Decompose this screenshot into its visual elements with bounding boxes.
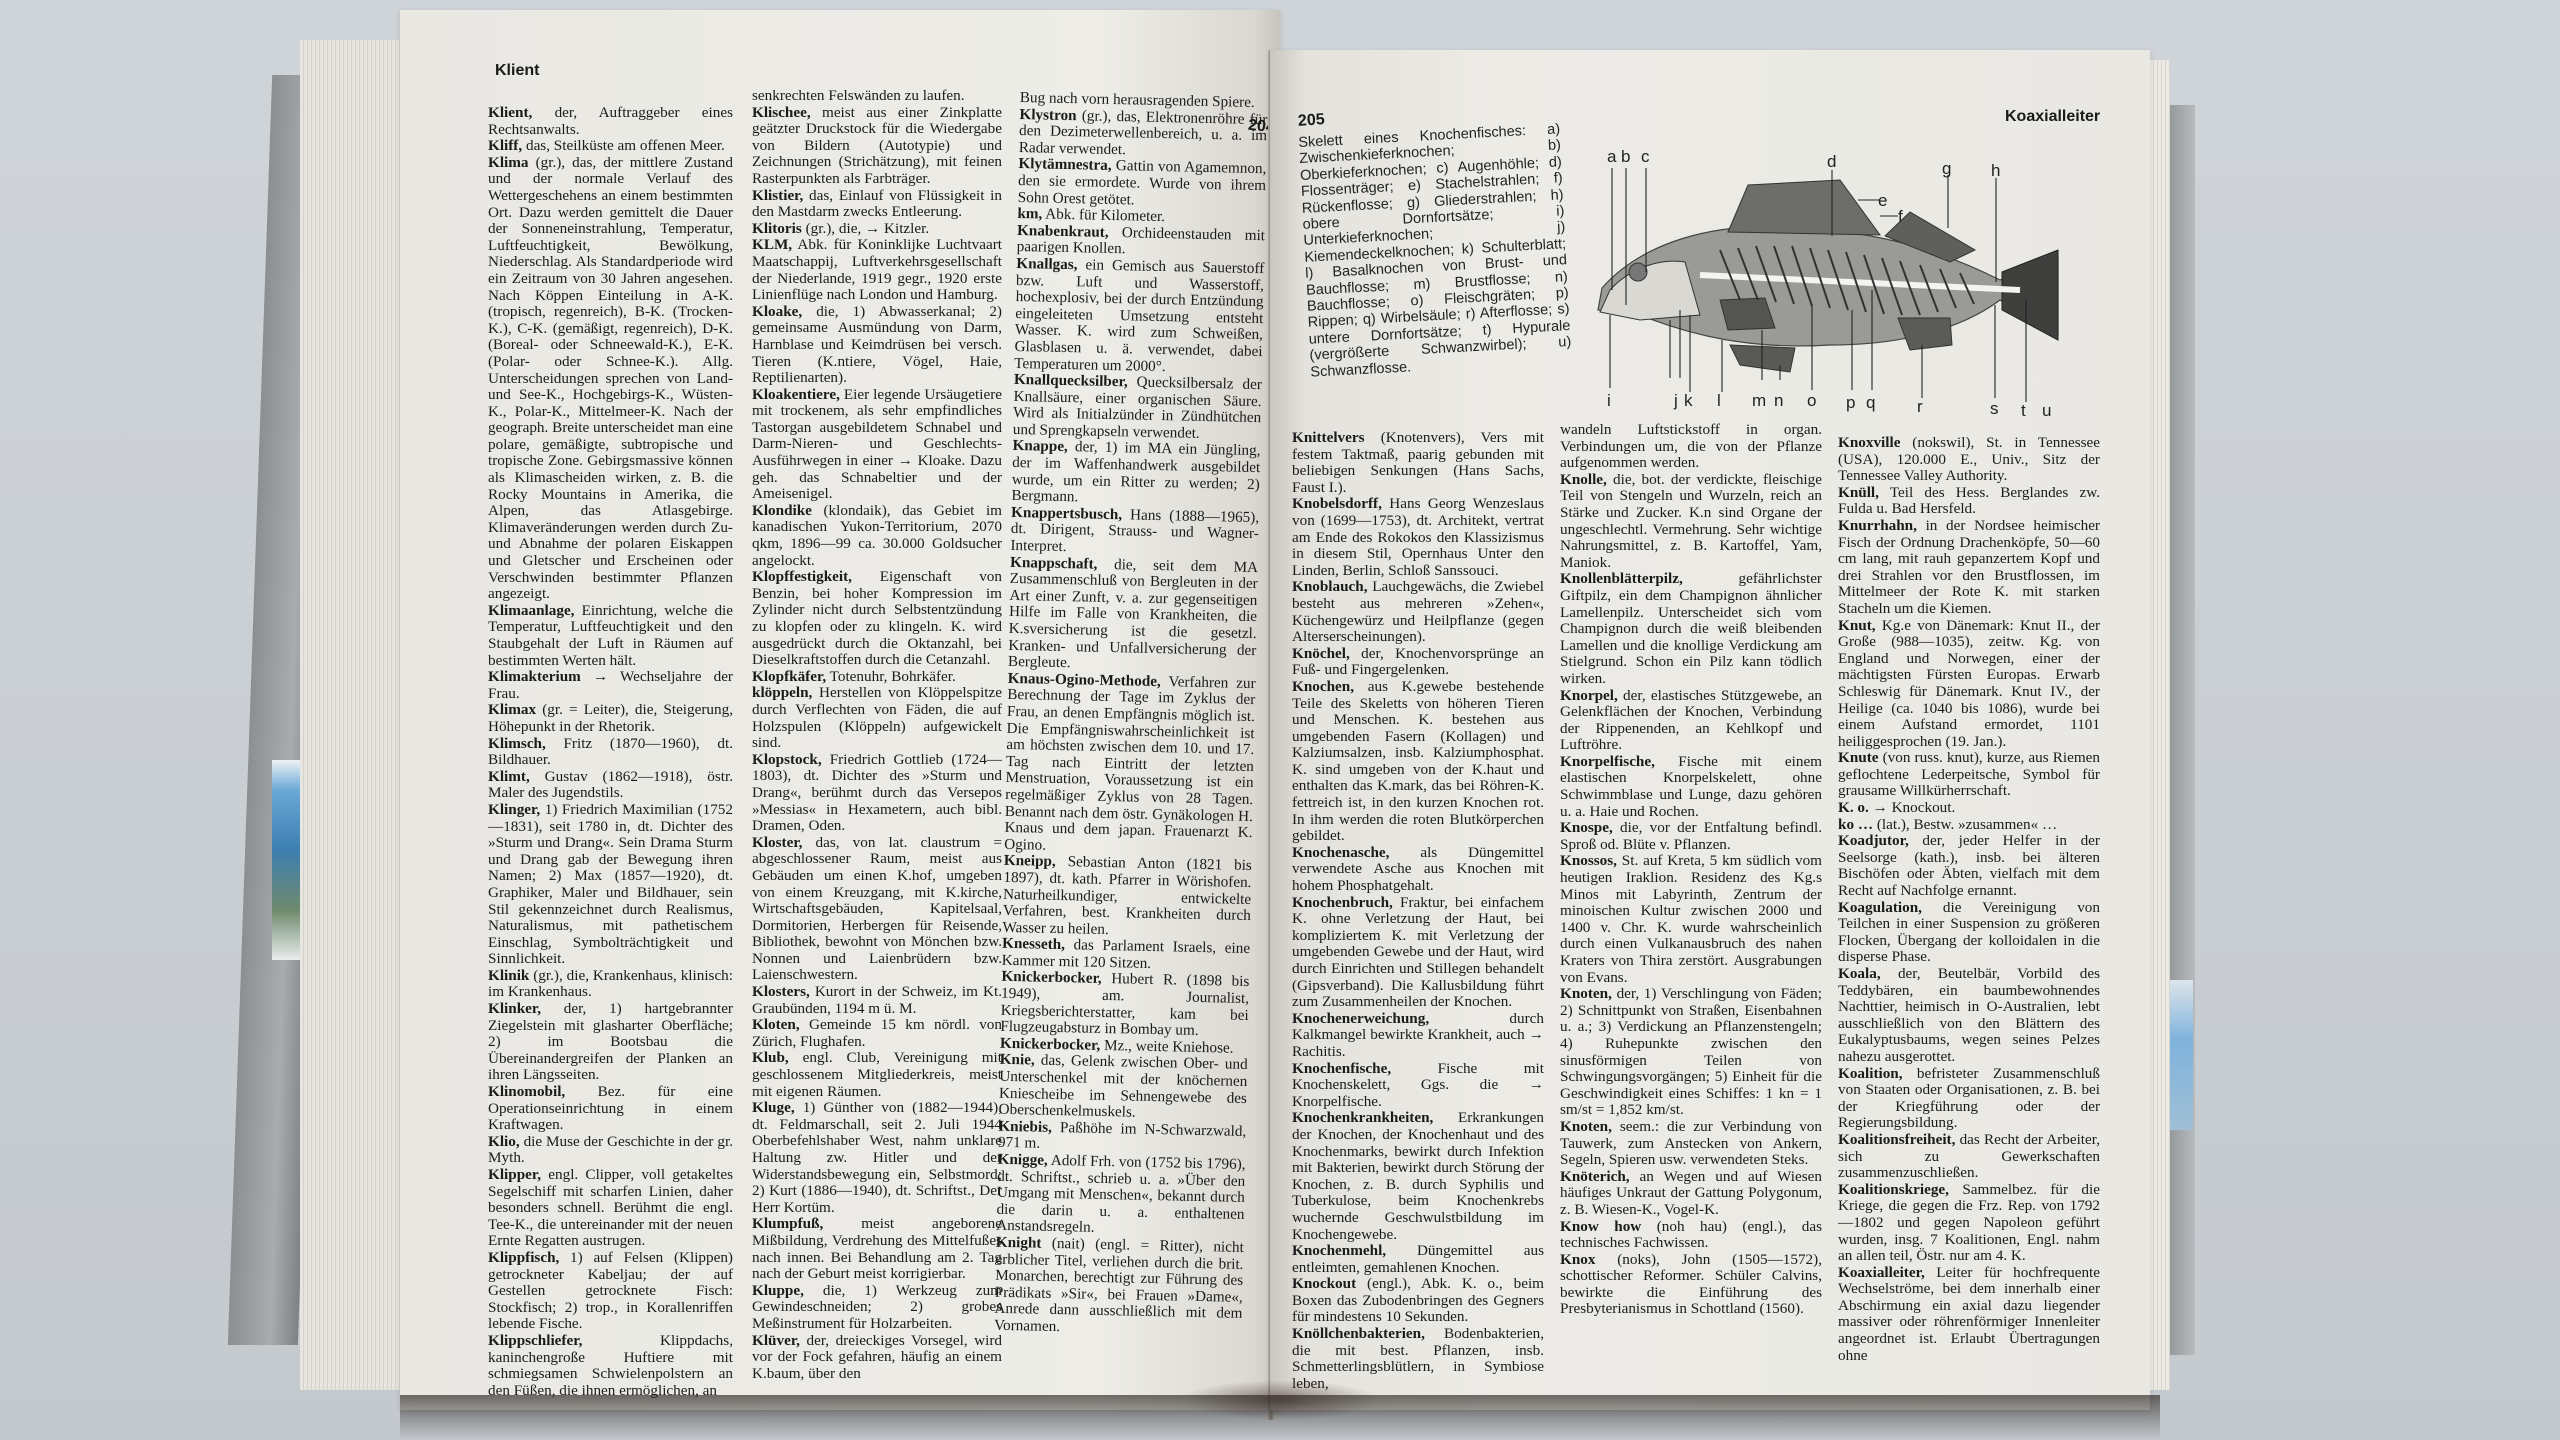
entry-definition: die, seit dem MA Zusammenschluß von Berg… bbox=[1008, 555, 1258, 671]
svg-text:i: i bbox=[1607, 391, 1611, 410]
dictionary-entry: Knochenkrankheiten, Erkrankungen der Kno… bbox=[1292, 1110, 1544, 1243]
entry-definition: Kg.e von Dänemark: Knut II., der Große (… bbox=[1838, 617, 2100, 750]
entry-headword: Knie, bbox=[1000, 1051, 1035, 1069]
left-column-1: Klient, der, Auftraggeber eines Rechtsan… bbox=[488, 105, 733, 1399]
entry-headword: Knoblauch, bbox=[1292, 578, 1368, 595]
dictionary-entry: Knut, Kg.e von Dänemark: Knut II., der G… bbox=[1838, 618, 2100, 751]
entry-headword: Knolle, bbox=[1560, 471, 1607, 488]
dictionary-entry: Klosters, Kurort in der Schweiz, im Kt. … bbox=[752, 984, 1002, 1017]
svg-text:c: c bbox=[1641, 147, 1650, 166]
entry-headword: Kniebis, bbox=[998, 1118, 1052, 1136]
entry-definition: (noks), John (1505—1572), schottischer R… bbox=[1560, 1251, 1822, 1318]
dictionary-entry: Knickerbocker, Hubert R. (1898 bis 1949)… bbox=[1000, 969, 1249, 1041]
entry-headword: Kloten, bbox=[752, 1016, 800, 1033]
entry-headword: Knurrhahn, bbox=[1838, 517, 1917, 534]
entry-definition: das, von lat. claustrum = abgeschlossene… bbox=[752, 834, 1002, 984]
dictionary-entry: Klimsch, Fritz (1870—1960), dt. Bildhaue… bbox=[488, 736, 733, 769]
entry-definition: Eier legende Ursäugetiere mit trockenem,… bbox=[752, 386, 1002, 503]
entry-headword: Klüver, bbox=[752, 1332, 800, 1349]
svg-text:h: h bbox=[1991, 161, 2000, 180]
dictionary-entry: Klopffestigkeit, Eigenschaft von Benzin,… bbox=[752, 569, 1002, 669]
entry-headword: Knochenbruch, bbox=[1292, 894, 1393, 911]
dictionary-entry: Klimakterium → Wechseljahre der Frau. bbox=[488, 669, 733, 702]
entry-definition: senkrechten Felswänden zu laufen. bbox=[752, 87, 965, 104]
dictionary-entry: Klimax (gr. = Leiter), die, Steigerung, … bbox=[488, 702, 733, 735]
fish-body bbox=[1598, 180, 2058, 372]
entry-definition: Fraktur, bei einfachem K. ohne Verletzun… bbox=[1292, 894, 1544, 1011]
entry-headword: Knappe, bbox=[1012, 437, 1068, 455]
dictionary-entry: Klimaanlage, Einrichtung, welche die Tem… bbox=[488, 603, 733, 669]
dictionary-entry: Klystron (gr.), das, Elektronenröhre für… bbox=[1019, 107, 1268, 162]
dictionary-entry: Klüver, der, dreieckiges Vorsegel, wird … bbox=[752, 1333, 1002, 1383]
svg-text:o: o bbox=[1807, 391, 1816, 410]
entry-headword: Knöterich, bbox=[1560, 1168, 1630, 1185]
svg-text:s: s bbox=[1990, 399, 1999, 418]
entry-headword: Klinomobil, bbox=[488, 1083, 565, 1100]
entry-headword: Klio, bbox=[488, 1133, 520, 1150]
entry-headword: Knüll, bbox=[1838, 484, 1879, 501]
dictionary-entry: Knigge, Adolf Frh. von (1752 bis 1796), … bbox=[996, 1152, 1246, 1240]
dictionary-entry: Klinik (gr.), die, Krankenhaus, klinisch… bbox=[488, 968, 733, 1001]
dictionary-entry: Knappe, der, 1) im MA ein Jüngling, der … bbox=[1011, 438, 1260, 510]
svg-text:a: a bbox=[1607, 147, 1617, 166]
entry-headword: Kluge, bbox=[752, 1099, 795, 1116]
dictionary-entry: Koagulation, die Vereinigung von Teilche… bbox=[1838, 900, 2100, 966]
entry-headword: K. o. bbox=[1838, 799, 1869, 816]
dictionary-entry: Knoxville (nokswil), St. in Tennessee (U… bbox=[1838, 435, 2100, 485]
dictionary-entry: Knollenblätterpilz, gefährlichster Giftp… bbox=[1560, 571, 1822, 687]
entry-headword: Knoxville bbox=[1838, 434, 1900, 451]
entry-headword: Koagulation, bbox=[1838, 899, 1922, 916]
dictionary-entry: Knorpelfische, Fische mit einem elastisc… bbox=[1560, 754, 1822, 820]
entry-headword: Klystron bbox=[1019, 106, 1076, 124]
dictionary-entry: Knospe, die, vor der Entfaltung befindl.… bbox=[1560, 820, 1822, 853]
right-column-1: Knittelvers (Knotenvers), Vers mit feste… bbox=[1292, 430, 1544, 1392]
entry-definition: die Muse der Geschichte in der gr. Myth. bbox=[488, 1133, 733, 1167]
entry-headword: Knigge, bbox=[997, 1151, 1048, 1169]
dictionary-entry: Klitoris (gr.), die, → Kitzler. bbox=[752, 221, 1002, 238]
svg-text:u: u bbox=[2042, 401, 2051, 420]
dictionary-entry: Knochenmehl, Düngemittel aus entleimten,… bbox=[1292, 1243, 1544, 1276]
entry-headword: ko … bbox=[1838, 816, 1873, 833]
dictionary-entry: Klischee, meist aus einer Zinkplatte geä… bbox=[752, 105, 1002, 188]
entry-headword: Klistier, bbox=[752, 187, 803, 204]
dictionary-entry: Klondike (klondaik), das Gebiet im kanad… bbox=[752, 503, 1002, 569]
dictionary-entry: Klient, der, Auftraggeber eines Rechtsan… bbox=[488, 105, 733, 138]
dictionary-entry: Knute (von russ. knut), kurze, aus Rieme… bbox=[1838, 750, 2100, 800]
dictionary-entry: Knaus-Ogino-Methode, Verfahren zur Berec… bbox=[1004, 671, 1256, 859]
entry-headword: Klub, bbox=[752, 1049, 789, 1066]
dictionary-entry: Knöterich, an Wegen und auf Wiesen häufi… bbox=[1560, 1169, 1822, 1219]
fish-skeleton-figure: ab cd ef gh ij kl mn op qr st u bbox=[1580, 140, 2060, 420]
dictionary-entry: Kluppe, die, 1) Werkzeug zum Gewindeschn… bbox=[752, 1283, 1002, 1333]
left-column-2: senkrechten Felswänden zu laufen.Klische… bbox=[752, 88, 1002, 1382]
dictionary-entry: ko … (lat.), Bestw. »zusammen« … bbox=[1838, 817, 2100, 834]
entry-headword: KLM, bbox=[752, 236, 792, 253]
entry-headword: Knossos, bbox=[1560, 852, 1617, 869]
dictionary-entry: Kloten, Gemeinde 15 km nördl. von Zürich… bbox=[752, 1017, 1002, 1050]
dictionary-entry: Kluge, 1) Günther von (1882—1944), dt. F… bbox=[752, 1100, 1002, 1216]
entry-headword: Knochenmehl, bbox=[1292, 1242, 1386, 1259]
dictionary-entry: Knossos, St. auf Kreta, 5 km südlich vom… bbox=[1560, 853, 1822, 986]
entry-headword: Kloakentiere, bbox=[752, 386, 840, 403]
dictionary-entry: Kneipp, Sebastian Anton (1821 bis 1897),… bbox=[1002, 853, 1252, 941]
figure-labels-bottom: ij kl mn op qr st u bbox=[1607, 391, 2051, 420]
entry-headword: Kneipp, bbox=[1004, 852, 1056, 870]
dictionary-entry: Klumpfuß, meist angeborene Mißbildung, V… bbox=[752, 1216, 1002, 1282]
left-page: Klient 204 Klient, der, Auftraggeber ein… bbox=[400, 10, 1280, 1410]
dictionary-entry: Knight (nait) (engl. = Ritter), nicht er… bbox=[994, 1235, 1244, 1340]
entry-headword: Klimax bbox=[488, 701, 536, 718]
dictionary-entry: Koaxialleiter, Leiter für hochfrequente … bbox=[1838, 1265, 2100, 1365]
dictionary-entry: Klippschliefer, Klippdachs, kaninchengro… bbox=[488, 1333, 733, 1399]
right-column-3: Knoxville (nokswil), St. in Tennessee (U… bbox=[1838, 435, 2100, 1364]
entry-definition: (gr.), das, der mittlere Zustand und der… bbox=[488, 154, 733, 602]
svg-text:t: t bbox=[2021, 401, 2026, 420]
dictionary-entry: KLM, Abk. für Koninklijke Luchtvaart Maa… bbox=[752, 237, 1002, 303]
entry-definition: der, 1) Verschlingung von Fäden; 2) Schn… bbox=[1560, 985, 1822, 1118]
entry-definition: → Knockout. bbox=[1869, 799, 1955, 816]
dictionary-entry: Kloake, die, 1) Abwasserkanal; 2) gemein… bbox=[752, 304, 1002, 387]
dictionary-entry: Knochenfische, Fische mit Knochenskelett… bbox=[1292, 1061, 1544, 1111]
left-column-3: Bug nach vorn herausragenden Spiere.Klys… bbox=[994, 90, 1268, 1339]
entry-definition: engl. Club, Vereinigung mit geschlossene… bbox=[752, 1049, 1002, 1099]
entry-headword: Knittelvers bbox=[1292, 429, 1365, 446]
svg-text:g: g bbox=[1942, 159, 1951, 178]
dictionary-entry: Koalitionsfreiheit, das Recht der Arbeit… bbox=[1838, 1132, 2100, 1182]
dictionary-entry: Koadjutor, der, jeder Helfer in der Seel… bbox=[1838, 833, 2100, 899]
entry-headword: Koalitionskriege, bbox=[1838, 1181, 1949, 1198]
dictionary-entry: wandeln Luftstickstoff in organ. Verbind… bbox=[1560, 422, 1822, 472]
dictionary-entry: Klippfisch, 1) auf Felsen (Klippen) getr… bbox=[488, 1250, 733, 1333]
dictionary-entry: Knurrhahn, in der Nordsee heimischer Fis… bbox=[1838, 518, 2100, 618]
dictionary-entry: Klopfkäfer, Totenuhr, Bohrkäfer. bbox=[752, 669, 1002, 686]
entry-headword: Knight bbox=[996, 1234, 1042, 1252]
entry-headword: Klinger, bbox=[488, 801, 540, 818]
entry-definition: wandeln Luftstickstoff in organ. Verbind… bbox=[1560, 421, 1822, 471]
dictionary-entry: Knochen, aus K.gewebe bestehende Teile d… bbox=[1292, 679, 1544, 845]
entry-headword: Kluppe, bbox=[752, 1282, 804, 1299]
dictionary-entry: Knoten, seem.: die zur Verbindung von Ta… bbox=[1560, 1119, 1822, 1169]
entry-headword: Knoten, bbox=[1560, 1118, 1612, 1135]
entry-headword: Koalition, bbox=[1838, 1065, 1903, 1082]
entry-headword: Knöchel, bbox=[1292, 645, 1350, 662]
running-head-right: Koaxialleiter bbox=[2005, 108, 2100, 126]
entry-headword: Kloake, bbox=[752, 303, 802, 320]
entry-definition: aus K.gewebe bestehende Teile des Skelet… bbox=[1292, 678, 1544, 844]
right-column-2: wandeln Luftstickstoff in organ. Verbind… bbox=[1560, 422, 1822, 1318]
entry-headword: Klumpfuß, bbox=[752, 1215, 823, 1232]
entry-headword: Klient, bbox=[488, 104, 532, 121]
entry-headword: Klimakterium bbox=[488, 668, 581, 685]
entry-headword: Knospe, bbox=[1560, 819, 1613, 836]
dictionary-entry: Knox (noks), John (1505—1572), schottisc… bbox=[1560, 1252, 1822, 1318]
page-number-right: 205 bbox=[1297, 111, 1325, 131]
svg-text:l: l bbox=[1717, 391, 1721, 410]
dictionary-entry: Klistier, das, Einlauf von Flüssigkeit i… bbox=[752, 188, 1002, 221]
svg-text:q: q bbox=[1866, 393, 1875, 412]
dictionary-entry: Klimt, Gustav (1862—1918), östr. Maler d… bbox=[488, 769, 733, 802]
dictionary-entry: Know how (noh hau) (engl.), das technisc… bbox=[1560, 1219, 1822, 1252]
dictionary-entry: Knüll, Teil des Hess. Berglandes zw. Ful… bbox=[1838, 485, 2100, 518]
dictionary-entry: Knittelvers (Knotenvers), Vers mit feste… bbox=[1292, 430, 1544, 496]
dictionary-entry: Klipper, engl. Clipper, voll getakeltes … bbox=[488, 1167, 733, 1250]
dictionary-entry: senkrechten Felswänden zu laufen. bbox=[752, 88, 1002, 105]
dictionary-entry: Knochenasche, als Düngemittel verwendete… bbox=[1292, 845, 1544, 895]
dictionary-entry: Knolle, die, bot. der verdickte, fleisch… bbox=[1560, 472, 1822, 572]
dictionary-entry: Knochenerweichung, durch Kalkmangel bewi… bbox=[1292, 1011, 1544, 1061]
svg-text:p: p bbox=[1846, 393, 1855, 412]
entry-definition: Totenuhr, Bohrkäfer. bbox=[826, 668, 956, 685]
svg-text:m: m bbox=[1752, 391, 1766, 410]
entry-headword: Knesseth, bbox=[1002, 935, 1065, 953]
entry-headword: Klimsch, bbox=[488, 735, 546, 752]
dictionary-entry: Knöchel, der, Knochenvorsprünge an Fuß- … bbox=[1292, 646, 1544, 679]
entry-headword: Koadjutor, bbox=[1838, 832, 1909, 849]
dictionary-entry: Knoten, der, 1) Verschlingung von Fäden;… bbox=[1560, 986, 1822, 1119]
dictionary-entry: Klinomobil, Bez. für eine Operationseinr… bbox=[488, 1084, 733, 1134]
dictionary-entry: Knie, das, Gelenk zwischen Ober- und Unt… bbox=[998, 1052, 1247, 1124]
entry-headword: Knochen, bbox=[1292, 678, 1354, 695]
entry-definition: das, Steilküste am offenen Meer. bbox=[522, 137, 725, 154]
entry-headword: Kliff, bbox=[488, 137, 522, 154]
entry-headword: Knorpel, bbox=[1560, 687, 1618, 704]
entry-definition: (lat.), Bestw. »zusammen« … bbox=[1873, 816, 2057, 833]
entry-headword: Knöllchenbakterien, bbox=[1292, 1325, 1425, 1342]
svg-text:e: e bbox=[1878, 191, 1887, 210]
entry-headword: Knut, bbox=[1838, 617, 1876, 634]
dictionary-entry: Klytämnestra, Gattin von Agamemnon, den … bbox=[1018, 156, 1267, 211]
entry-headword: Klischee, bbox=[752, 104, 811, 121]
svg-text:d: d bbox=[1827, 152, 1836, 171]
dictionary-entry: Klio, die Muse der Geschichte in der gr.… bbox=[488, 1134, 733, 1167]
dictionary-entry: Kliff, das, Steilküste am offenen Meer. bbox=[488, 138, 733, 155]
entry-definition: St. auf Kreta, 5 km südlich vom heutigen… bbox=[1560, 852, 1822, 985]
entry-headword: Knockout bbox=[1292, 1275, 1356, 1292]
entry-headword: Klitoris bbox=[752, 220, 802, 237]
dictionary-entry: Klinger, 1) Friedrich Maximilian (1752—1… bbox=[488, 802, 733, 968]
entry-headword: Klosters, bbox=[752, 983, 810, 1000]
entry-headword: Koaxialleiter, bbox=[1838, 1264, 1925, 1281]
svg-text:n: n bbox=[1774, 391, 1783, 410]
entry-headword: Knorpelfische, bbox=[1560, 753, 1655, 770]
entry-definition: 1) Günther von (1882—1944), dt. Feldmars… bbox=[752, 1099, 1002, 1216]
dictionary-entry: Koala, der, Beutelbär, Vorbild des Teddy… bbox=[1838, 966, 2100, 1066]
svg-text:f: f bbox=[1898, 207, 1903, 226]
entry-headword: Klippfisch, bbox=[488, 1249, 559, 1266]
entry-definition: Verfahren zur Berechnung der Tage im Zyk… bbox=[1004, 673, 1256, 854]
entry-headword: Knochenasche, bbox=[1292, 844, 1389, 861]
entry-definition: gefährlichster Giftpilz, ein dem Champig… bbox=[1560, 570, 1822, 687]
entry-headword: Klipper, bbox=[488, 1166, 541, 1183]
entry-definition: Erkrankungen der Knochen, der Knochenhau… bbox=[1292, 1109, 1544, 1242]
dictionary-entry: Kloakentiere, Eier legende Ursäugetiere … bbox=[752, 387, 1002, 503]
dictionary-entry: Kloster, das, von lat. claustrum = abges… bbox=[752, 835, 1002, 984]
entry-headword: Knoten, bbox=[1560, 985, 1612, 1002]
entry-headword: Klopffestigkeit, bbox=[752, 568, 852, 585]
dictionary-entry: Klopstock, Friedrich Gottlieb (1724—1803… bbox=[752, 752, 1002, 835]
dictionary-entry: Klub, engl. Club, Vereinigung mit geschl… bbox=[752, 1050, 1002, 1100]
entry-headword: Klondike bbox=[752, 502, 812, 519]
svg-text:j: j bbox=[1673, 391, 1678, 410]
entry-headword: Klopstock, bbox=[752, 751, 822, 768]
dictionary-entry: Knochenbruch, Fraktur, bei einfachem K. … bbox=[1292, 895, 1544, 1011]
running-head-left: Klient bbox=[495, 62, 539, 80]
dictionary-entry: Knockout (engl.), Abk. K. o., beim Boxen… bbox=[1292, 1276, 1544, 1326]
entry-headword: Knute bbox=[1838, 749, 1879, 766]
entry-headword: Klopfkäfer, bbox=[752, 668, 826, 685]
entry-headword: Klimt, bbox=[488, 768, 530, 785]
entry-definition: das, Gelenk zwischen Ober- und Untersche… bbox=[998, 1052, 1247, 1121]
entry-definition: ein Gemisch aus Sauerstoff bzw. Luft und… bbox=[1014, 256, 1264, 374]
entry-definition: (gr.), die, → Kitzler. bbox=[802, 220, 929, 237]
entry-headword: Know how bbox=[1560, 1218, 1641, 1235]
dictionary-entry: Knoblauch, Lauchgewächs, die Zwiebel bes… bbox=[1292, 579, 1544, 645]
dictionary-entry: Knobelsdorff, Hans Georg Wenzeslaus von … bbox=[1292, 496, 1544, 579]
entry-headword: km, bbox=[1017, 205, 1042, 223]
entry-headword: klöppeln, bbox=[752, 684, 812, 701]
entry-headword: Knochenerweichung, bbox=[1292, 1010, 1429, 1027]
entry-headword: Knochenfische, bbox=[1292, 1060, 1391, 1077]
entry-headword: Knochenkrankheiten, bbox=[1292, 1109, 1433, 1126]
dictionary-entry: klöppeln, Herstellen von Klöppelspitze d… bbox=[752, 685, 1002, 751]
entry-definition: 1) Friedrich Maximilian (1752—1831), sei… bbox=[488, 801, 733, 967]
entry-headword: Klippschliefer, bbox=[488, 1332, 582, 1349]
page-bottom-shadow bbox=[400, 1395, 2160, 1440]
entry-headword: Klinik bbox=[488, 967, 529, 984]
dictionary-entry: Koalitionskriege, Sammelbez. für die Kri… bbox=[1838, 1182, 2100, 1265]
entry-headword: Koala, bbox=[1838, 965, 1881, 982]
entry-headword: Knox bbox=[1560, 1251, 1595, 1268]
entry-headword: Klima bbox=[488, 154, 529, 171]
entry-headword: Klinker, bbox=[488, 1000, 541, 1017]
dictionary-entry: K. o. → Knockout. bbox=[1838, 800, 2100, 817]
svg-text:k: k bbox=[1684, 391, 1693, 410]
dictionary-entry: Knorpel, der, elastisches Stützgewebe, a… bbox=[1560, 688, 1822, 754]
entry-headword: Knollenblätterpilz, bbox=[1560, 570, 1683, 587]
dictionary-entry: Knappertsbusch, Hans (1888—1965), dt. Di… bbox=[1010, 505, 1259, 560]
dictionary-entry: Klima (gr.), das, der mittlere Zustand u… bbox=[488, 155, 733, 603]
entry-headword: Klimaanlage, bbox=[488, 602, 574, 619]
dictionary-entry: Knappschaft, die, seit dem MA Zusammensc… bbox=[1008, 555, 1258, 676]
dictionary-entry: Klinker, der, 1) hartgebrannter Ziegelst… bbox=[488, 1001, 733, 1084]
figure-caption: Skelett eines Knochenfisches: a) Zwische… bbox=[1298, 121, 1573, 380]
dictionary-entry: Knallquecksilber, Quecksilbersalz der Kn… bbox=[1013, 372, 1262, 444]
entry-headword: Knobelsdorff, bbox=[1292, 495, 1382, 512]
entry-headword: Kloster, bbox=[752, 834, 802, 851]
svg-text:r: r bbox=[1917, 397, 1923, 416]
entry-headword: Koalitionsfreiheit, bbox=[1838, 1131, 1955, 1148]
dictionary-entry: Knallgas, ein Gemisch aus Sauerstoff bzw… bbox=[1014, 256, 1264, 377]
svg-text:b: b bbox=[1621, 147, 1630, 166]
dictionary-entry: Koalition, befristeter Zusammenschluß vo… bbox=[1838, 1066, 2100, 1132]
entry-headword: Knallgas, bbox=[1016, 255, 1078, 273]
